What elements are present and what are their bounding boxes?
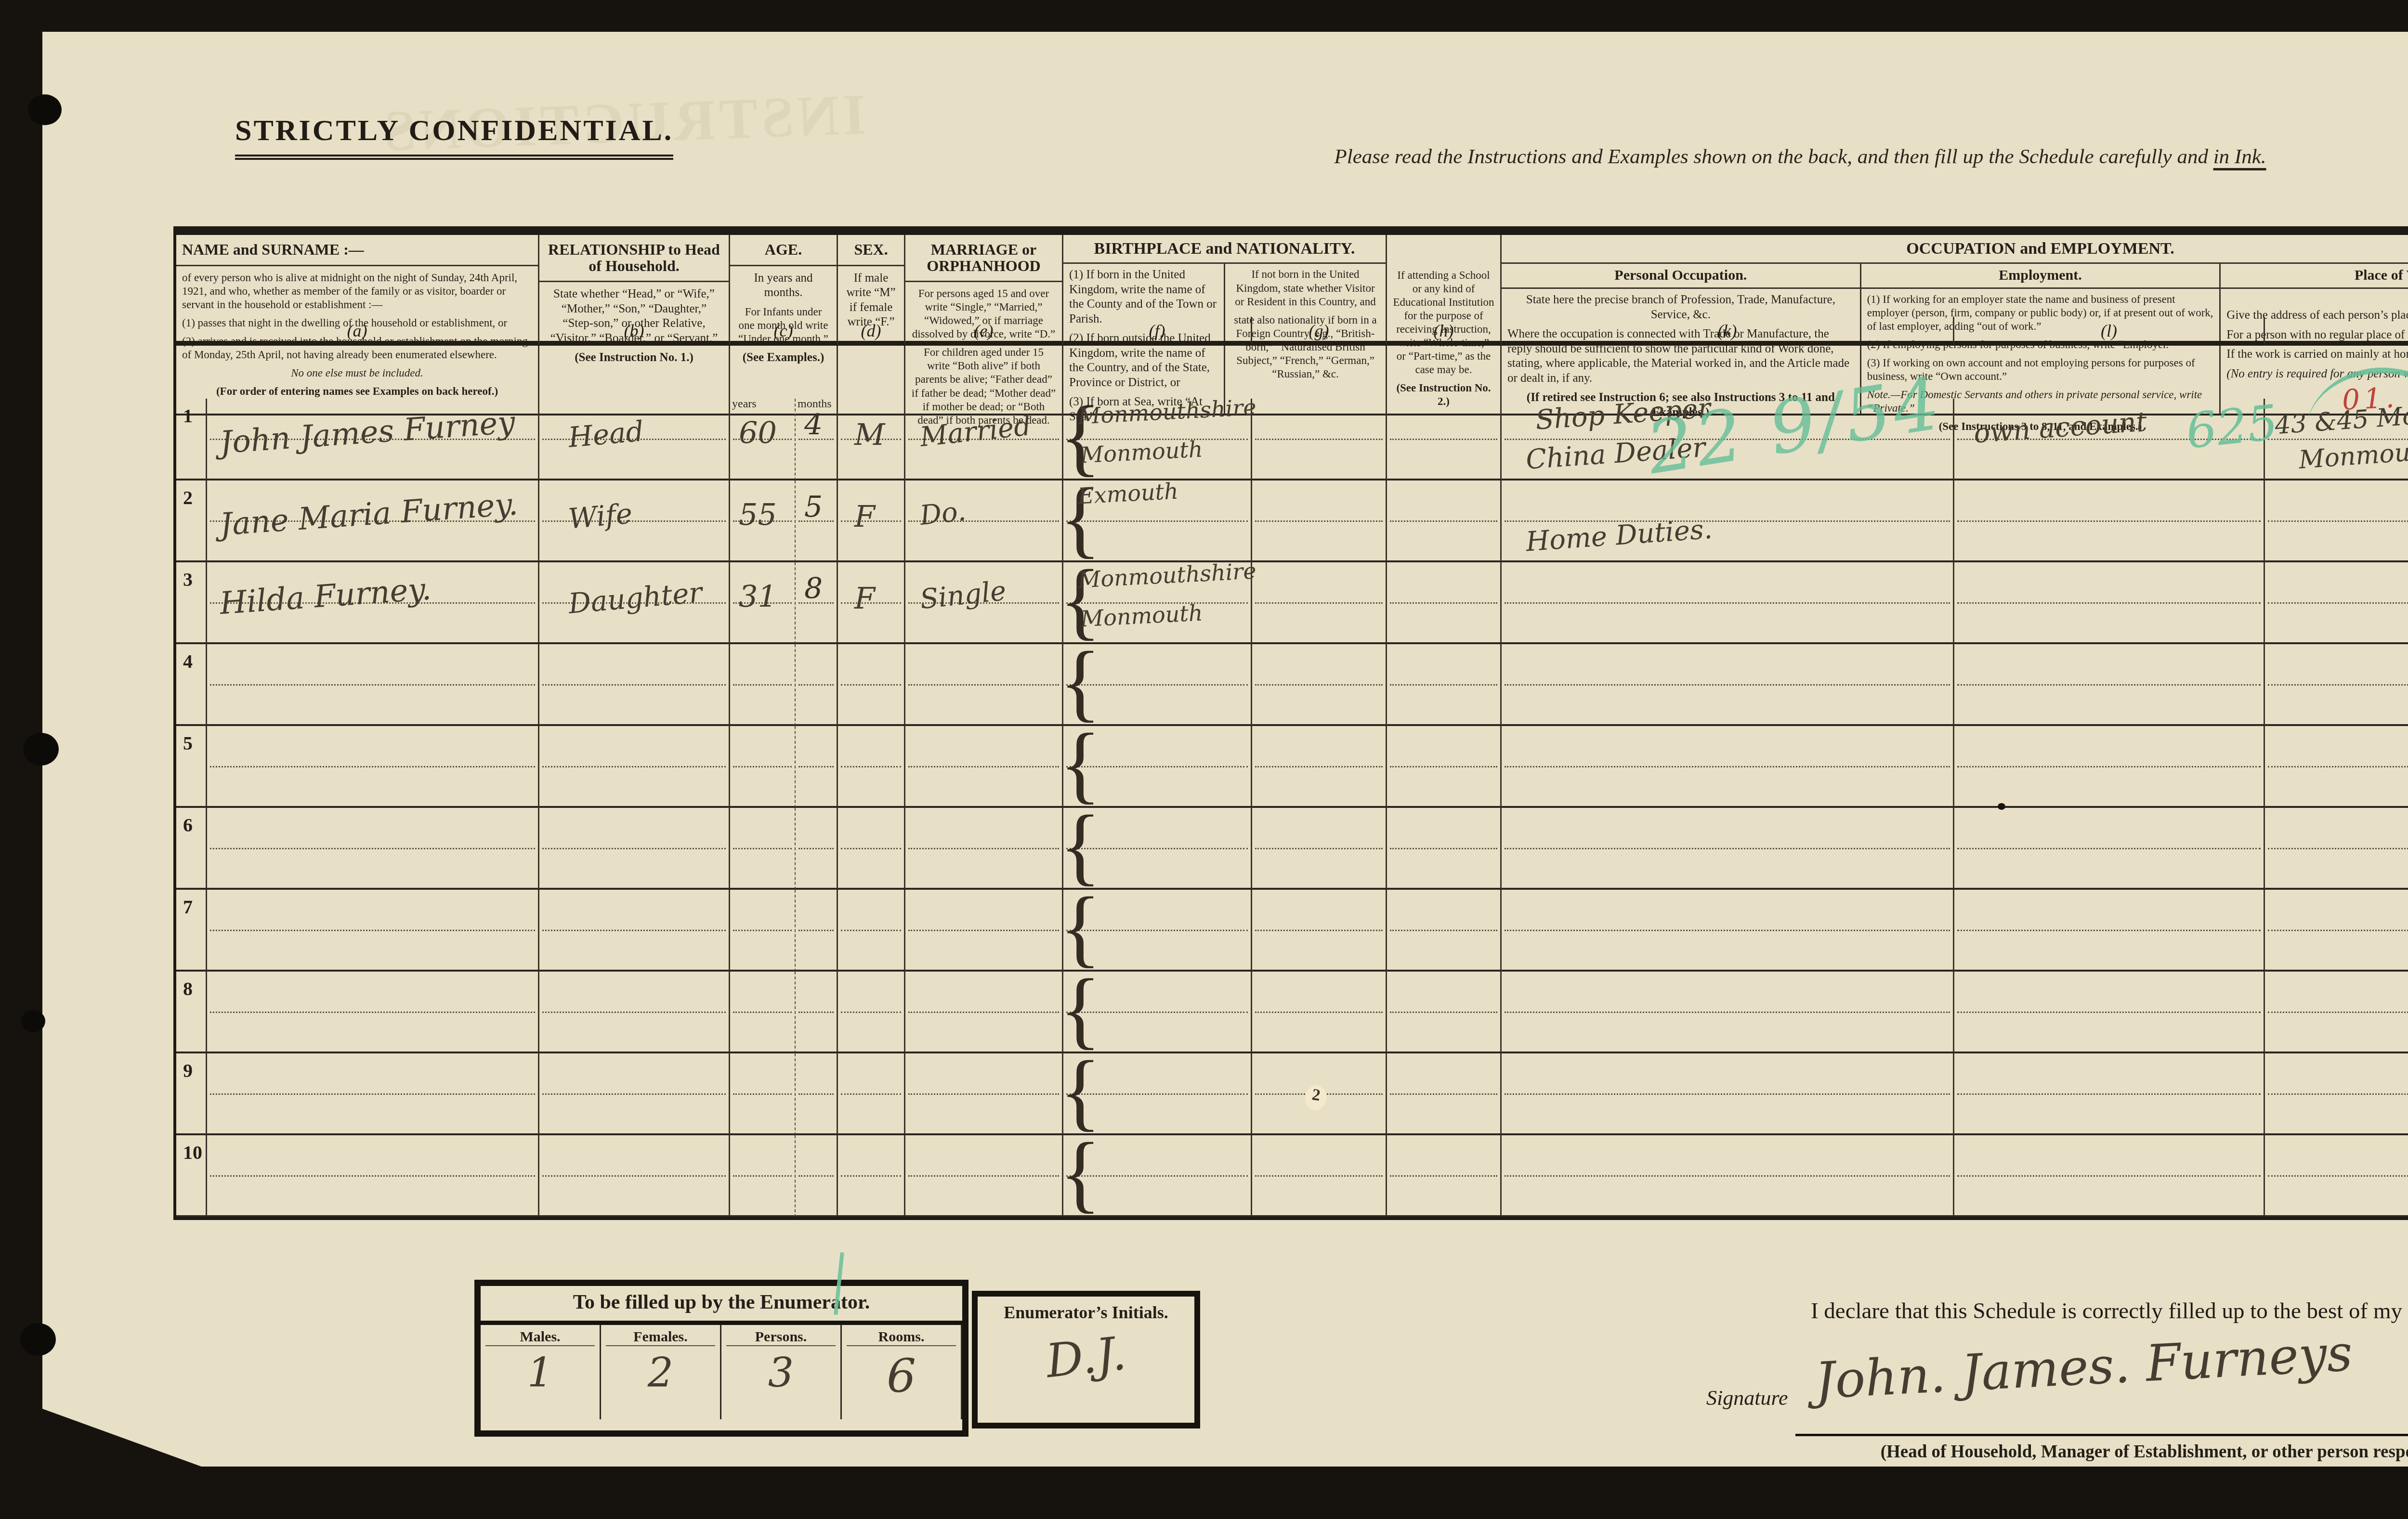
birthplace-cell: { Exmouth [1063, 480, 1252, 562]
ink-blot [1998, 803, 2005, 810]
birthplace-cell: { [1063, 726, 1252, 808]
employment-cell [1954, 480, 2265, 562]
relationship-cell: Head [539, 399, 730, 480]
name-cell [207, 890, 539, 972]
occupation-cell [1502, 562, 1954, 644]
school-cell [1387, 890, 1502, 972]
employment-cell [1954, 1135, 2265, 1217]
employment-cell [1954, 972, 2265, 1053]
age-years-entry: 55 [739, 497, 777, 532]
letter-a: (a) [176, 317, 539, 346]
females-column: Females. 2 [601, 1325, 721, 1419]
name-cell: John James Furney [207, 399, 539, 480]
row-number: 5 [176, 726, 206, 754]
census-schedule-scan: INSTRUCTIONS STRICTLY CONFIDENTIAL. Plea… [0, 0, 2408, 1519]
row-number-cell: 3 [176, 562, 207, 644]
school-cell [1387, 1135, 1502, 1217]
signature-handwriting: John. James. Furneys [1814, 1324, 2354, 1410]
occupation-cell [1502, 1135, 1954, 1217]
stray-printed-digit: 2 [1304, 1084, 1328, 1112]
marriage-cell: Single [905, 562, 1063, 644]
relationship-cell [539, 1053, 730, 1135]
place-of-work-cell [2265, 1135, 2408, 1217]
relationship-cell: Daughter [539, 562, 730, 644]
row-number: 4 [176, 644, 206, 673]
letter-e: (e) [905, 317, 1063, 346]
marriage-cell [905, 644, 1063, 726]
place-of-work-cell [2265, 562, 2408, 644]
school-cell [1387, 808, 1502, 890]
birthplace-line1: Exmouth [1077, 478, 1179, 509]
enumerator-initials-box: Enumerator’s Initials. D.J. [972, 1291, 1200, 1428]
name-entry: John James Furney [219, 405, 516, 461]
sex-cell [838, 1135, 905, 1217]
occupation-subtitle: Personal Occupation. [1502, 264, 1860, 289]
name-entry: Jane Maria Furney. [219, 486, 519, 543]
persons-label: Persons. [726, 1325, 836, 1346]
row-number: 7 [176, 890, 206, 918]
relationship-entry: Head [567, 415, 645, 454]
occupation-cell [1502, 726, 1954, 808]
name-p4: No one else must be included. [182, 366, 532, 380]
persons-value: 3 [721, 1349, 840, 1396]
marriage-cell [905, 808, 1063, 890]
marriage-entry: Do. [918, 495, 968, 532]
age-months-cell [796, 890, 838, 972]
nationality-cell [1252, 972, 1387, 1053]
persons-column: Persons. 3 [721, 1325, 842, 1419]
males-column: Males. 1 [481, 1325, 601, 1419]
sex-cell [838, 644, 905, 726]
school-cell [1387, 399, 1502, 480]
row-number-cell: 9 [176, 1053, 207, 1135]
age-months-cell: 8 [796, 562, 838, 644]
age-years-cell [730, 808, 796, 890]
place-of-work-cell: 43 &45 Monnow. St Monmouth 01. 4920. [2265, 399, 2408, 480]
torn-corner [42, 1409, 201, 1467]
relationship-cell [539, 808, 730, 890]
initials-label: Enumerator’s Initials. [978, 1297, 1194, 1323]
row-number-cell: 10 [176, 1135, 207, 1217]
occupation-cell [1502, 808, 1954, 890]
name-cell [207, 1053, 539, 1135]
age-years-cell [730, 644, 796, 726]
nationality-cell [1252, 644, 1387, 726]
marriage-cell [905, 1053, 1063, 1135]
school-cell [1387, 1053, 1502, 1135]
age-months-cell [796, 726, 838, 808]
marriage-cell: Married [905, 399, 1063, 480]
age-years-cell [730, 890, 796, 972]
employment-subtitle: Employment. [1861, 264, 2220, 289]
name-p1: of every person who is alive at midnight… [182, 271, 532, 312]
relationship-title: RELATIONSHIP to Head of Household. [545, 240, 723, 278]
age-months-entry: 4 [804, 408, 823, 442]
summary-title: To be filled up by the Enumerator. [481, 1286, 962, 1325]
occupation-cell [1502, 972, 1954, 1053]
census-table: NAME and SURNAME :— of every person who … [173, 226, 2408, 1220]
age-years-cell [730, 972, 796, 1053]
name-cell [207, 808, 539, 890]
printed-brace: { [1060, 1133, 1101, 1213]
row-number-cell: 8 [176, 972, 207, 1053]
age-p3: (See Examples.) [736, 351, 831, 365]
name-cell: Hilda Furney. [207, 562, 539, 644]
occupation-line2: Home Duties. [1525, 514, 1713, 558]
rooms-label: Rooms. [847, 1325, 956, 1346]
marriage-cell [905, 1135, 1063, 1217]
females-label: Females. [606, 1325, 715, 1346]
marriage-cell [905, 726, 1063, 808]
letter-l: (l) [1954, 317, 2265, 346]
sex-cell [838, 808, 905, 890]
school-cell [1387, 644, 1502, 726]
printed-brace: { [1060, 642, 1101, 722]
marriage-cell [905, 972, 1063, 1053]
row-number-cell: 7 [176, 890, 207, 972]
employment-cell [1954, 562, 2265, 644]
age-years-cell: years 60 [730, 399, 796, 480]
age-months-cell [796, 1053, 838, 1135]
occupation-cell [1502, 644, 1954, 726]
males-label: Males. [485, 1325, 595, 1346]
name-p5: (For order of entering names see Example… [182, 385, 532, 398]
row-number-cell: 2 [176, 480, 207, 562]
letter-k: (k) [1502, 317, 1954, 346]
place-of-work-cell [2265, 644, 2408, 726]
sex-title: SEX. [844, 240, 898, 262]
employment-cell: own account 625 [1954, 399, 2265, 480]
marriage-cell: Do. [905, 480, 1063, 562]
printed-brace: { [1060, 970, 1101, 1049]
relationship-cell [539, 1135, 730, 1217]
declaration-text: I declare that this Schedule is correctl… [1559, 1298, 2408, 1324]
age-months-cell: 5 [796, 480, 838, 562]
initials-value: D.J. [975, 1319, 1196, 1395]
letter-d: (d) [838, 317, 905, 346]
school-cell [1387, 480, 1502, 562]
printed-brace: { [1060, 888, 1101, 967]
place-of-work-cell [2265, 480, 2408, 562]
age-p1: In years and months. [736, 271, 831, 300]
occupation-group-title: OCCUPATION and EMPLOYMENT. [1502, 235, 2408, 264]
marriage-entry: Single [918, 575, 1008, 615]
school-cell [1387, 562, 1502, 644]
relationship-entry: Daughter [567, 576, 704, 620]
name-cell: Jane Maria Furney. [207, 480, 539, 562]
signature-note: (Head of Household, Manager of Establish… [1670, 1441, 2408, 1462]
relationship-cell [539, 890, 730, 972]
nationality-cell [1252, 562, 1387, 644]
birthplace-line1: Monmouthshire [1077, 558, 1257, 593]
age-title: AGE. [736, 240, 831, 262]
instruction-emph: in Ink. [2213, 145, 2266, 168]
relationship-cell [539, 726, 730, 808]
confidential-heading: STRICTLY CONFIDENTIAL. [235, 114, 673, 160]
signature-line [1795, 1434, 2408, 1436]
birthplace-group-title: BIRTHPLACE and NATIONALITY. [1063, 235, 1386, 264]
name-cell [207, 726, 539, 808]
row-number-cell: 4 [176, 644, 207, 726]
sex-cell: M [838, 399, 905, 480]
females-value: 2 [601, 1349, 720, 1396]
place-p3: If the work is carried on mainly at home… [2226, 347, 2408, 362]
age-months-cell [796, 1135, 838, 1217]
employment-cell [1954, 808, 2265, 890]
birthplace-cell: { [1063, 1053, 1252, 1135]
employment-cell [1954, 644, 2265, 726]
marriage-entry: Married [918, 410, 1033, 453]
sex-cell: F [838, 562, 905, 644]
place-subtitle: Place of Work. [2221, 264, 2408, 289]
row-number: 2 [176, 480, 206, 509]
age-years-cell [730, 726, 796, 808]
sex-cell: F [838, 480, 905, 562]
relationship-cell [539, 972, 730, 1053]
letter-c: (c) [730, 317, 838, 346]
birthplace-line1: Monmouthshire [1077, 394, 1257, 429]
fill-in-ink-instruction: Please read the Instructions and Example… [1131, 145, 2408, 169]
paper-sheet: INSTRUCTIONS STRICTLY CONFIDENTIAL. Plea… [42, 32, 2408, 1467]
printed-brace: { [1060, 724, 1101, 804]
nationality-cell [1252, 480, 1387, 562]
males-value: 1 [481, 1349, 600, 1396]
sex-cell [838, 890, 905, 972]
relationship-cell: Wife [539, 480, 730, 562]
name-cell [207, 972, 539, 1053]
occupation-cell [1502, 1053, 1954, 1135]
school-cell [1387, 972, 1502, 1053]
age-years-cell [730, 1135, 796, 1217]
place-of-work-cell [2265, 808, 2408, 890]
occupation-cell: Shop Keeper China Dealer 22 9/54 [1502, 399, 1954, 480]
marriage-title: MARRIAGE or ORPHANHOOD [911, 240, 1056, 278]
letter-g: (g) [1252, 317, 1387, 346]
birthplace-cell: { [1063, 808, 1252, 890]
letter-f: (f) [1063, 317, 1252, 346]
row-number-cell: 5 [176, 726, 207, 808]
age-months-cell: months 4 [796, 399, 838, 480]
employment-entry: own account [1973, 406, 2148, 450]
letter-m: (m) [2265, 317, 2408, 346]
enumerator-summary-table: To be filled up by the Enumerator. Males… [474, 1280, 968, 1437]
name-title: NAME and SURNAME :— [182, 240, 532, 262]
nationality-cell [1252, 1135, 1387, 1217]
nationality-p1: If not born in the United Kingdom, state… [1231, 268, 1380, 308]
punch-hole [28, 94, 62, 125]
letter-h: (h) [1387, 317, 1502, 346]
sex-entry: F [854, 581, 875, 616]
instruction-text: Please read the Instructions and Example… [1334, 145, 2213, 168]
age-months-entry: 8 [804, 572, 823, 606]
employment-code-mark: 625 [2184, 394, 2281, 459]
years-sublabel: years [732, 398, 757, 411]
punch-hole [21, 1010, 45, 1032]
name-entry: Hilda Furney. [219, 571, 432, 622]
sex-cell [838, 726, 905, 808]
relationship-p2: (See Instruction No. 1.) [545, 351, 723, 365]
employment-cell [1954, 726, 2265, 808]
printed-brace: { [1060, 1052, 1101, 1131]
row-number: 1 [176, 399, 206, 427]
row-number: 10 [176, 1135, 206, 1164]
row-number: 3 [176, 562, 206, 591]
birthplace-cell: { Monmouthshire Monmouth [1063, 562, 1252, 644]
signature-label: Signature [1706, 1386, 1788, 1410]
marriage-cell [905, 890, 1063, 972]
age-months-cell [796, 808, 838, 890]
school-cell [1387, 726, 1502, 808]
age-years-entry: 31 [739, 579, 777, 614]
age-years-cell: 31 [730, 562, 796, 644]
nationality-cell [1252, 890, 1387, 972]
printed-brace: { [1060, 806, 1101, 885]
rooms-value: 6 [842, 1349, 961, 1403]
row-number: 9 [176, 1053, 206, 1082]
age-months-cell [796, 644, 838, 726]
nationality-cell [1252, 399, 1387, 480]
place-of-work-cell [2265, 972, 2408, 1053]
age-years-cell: 55 [730, 480, 796, 562]
employment-cell [1954, 890, 2265, 972]
sex-entry: F [854, 499, 875, 534]
birthplace-cell: { [1063, 972, 1252, 1053]
row-number-cell: 1 [176, 399, 207, 480]
punch-hole [23, 733, 59, 766]
nationality-cell: 2 [1252, 1053, 1387, 1135]
employment-cell [1954, 1053, 2265, 1135]
place-of-work-cell [2265, 726, 2408, 808]
age-years-entry: 60 [739, 415, 777, 450]
place-of-work-cell [2265, 1053, 2408, 1135]
occupation-cell: Home Duties. [1502, 480, 1954, 562]
occupation-cell [1502, 890, 1954, 972]
sex-cell [838, 972, 905, 1053]
nationality-cell [1252, 726, 1387, 808]
sex-cell [838, 1053, 905, 1135]
age-months-cell [796, 972, 838, 1053]
name-cell [207, 644, 539, 726]
row-number: 6 [176, 808, 206, 836]
age-months-entry: 5 [804, 490, 823, 524]
rooms-column: Rooms. 6 [842, 1325, 962, 1419]
birthplace-cell: { [1063, 890, 1252, 972]
nationality-cell [1252, 808, 1387, 890]
letter-b: (b) [539, 317, 730, 346]
birthplace-cell: { Monmouthshire Monmouth [1063, 399, 1252, 480]
name-cell [207, 1135, 539, 1217]
birthplace-cell: { [1063, 644, 1252, 726]
row-number: 8 [176, 972, 206, 1000]
row-number-cell: 6 [176, 808, 207, 890]
age-years-cell [730, 1053, 796, 1135]
relationship-entry: Wife [567, 497, 633, 535]
relationship-cell [539, 644, 730, 726]
place-of-work-cell [2265, 890, 2408, 972]
birthplace-cell: { [1063, 1135, 1252, 1217]
sex-entry: M [854, 417, 885, 452]
punch-hole [20, 1323, 56, 1356]
